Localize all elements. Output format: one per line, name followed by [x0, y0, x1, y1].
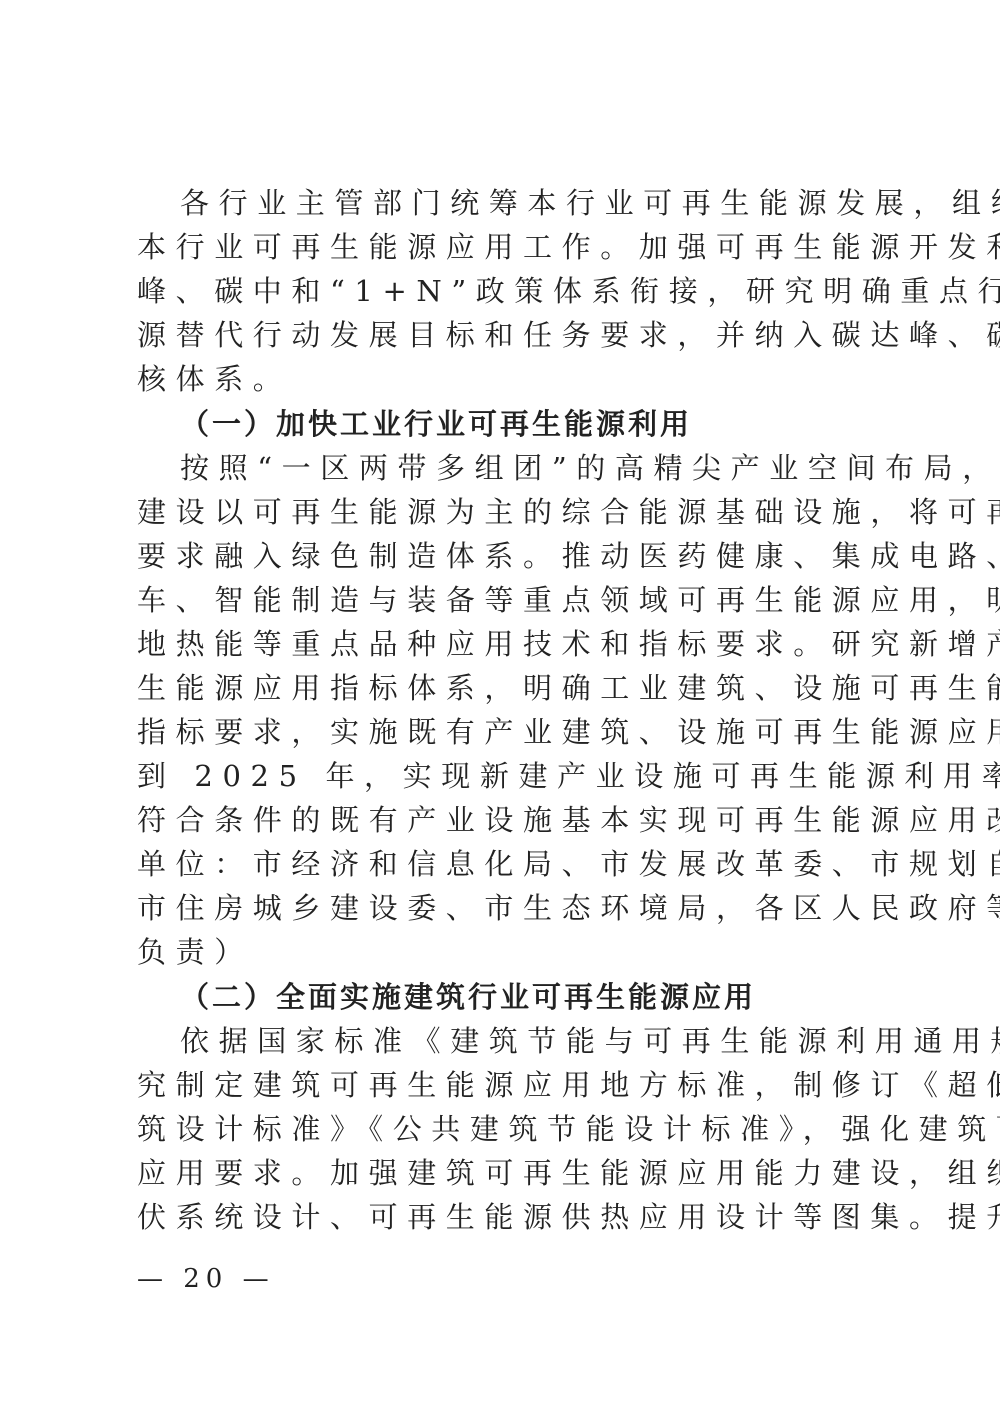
paragraph-line: 建设以可再生能源为主的综合能源基础设施，将可再生能源应用	[137, 490, 877, 534]
paragraph-line: 源替代行动发展目标和任务要求，并纳入碳达峰、碳中和督察考	[137, 313, 877, 357]
document-page: 各行业主管部门统筹本行业可再生能源发展，组织协调推动 本行业可再生能源应用工作。…	[0, 0, 1000, 1414]
section-heading: （一）加快工业行业可再生能源利用	[180, 402, 920, 446]
paragraph-line: 生能源应用指标体系，明确工业建筑、设施可再生能源耦合应用	[137, 666, 877, 710]
paragraph-line: 单位：市经济和信息化局、市发展改革委、市规划自然资源委、	[137, 842, 877, 886]
paragraph-line: 本行业可再生能源应用工作。加强可再生能源开发利用与碳达	[137, 225, 877, 269]
paragraph-line: 负责）	[137, 930, 877, 974]
paragraph-line: 市住房城乡建设委、市生态环境局，各区人民政府等按职责分工	[137, 886, 877, 930]
paragraph-line: 核体系。	[137, 357, 877, 401]
section-heading: （二）全面实施建筑行业可再生能源应用	[180, 975, 920, 1019]
paragraph-line: 要求融入绿色制造体系。推动医药健康、集成电路、智能网络汽	[137, 534, 877, 578]
paragraph-line: 按照“一区两带多组团”的高精尖产业空间布局，加快规划	[180, 446, 877, 490]
paragraph-line: 依据国家标准《建筑节能与可再生能源利用通用规范》，研	[180, 1019, 877, 1063]
paragraph-line: 各行业主管部门统筹本行业可再生能源发展，组织协调推动	[180, 181, 877, 225]
paragraph-line: 到 2025 年，实现新建产业设施可再生能源利用率不低于 20%，	[137, 754, 877, 798]
paragraph-line: 指标要求，实施既有产业建筑、设施可再生能源应用改造工程。	[137, 710, 877, 754]
paragraph-line: 伏系统设计、可再生能源供热应用设计等图集。提升工程咨询、	[137, 1195, 877, 1239]
paragraph-line: 究制定建筑可再生能源应用地方标准，制修订《超低能耗公共建	[137, 1063, 877, 1107]
paragraph-line: 筑设计标准》《公共建筑节能设计标准》，强化建筑可再生能源	[137, 1107, 877, 1151]
paragraph-line: 车、智能制造与装备等重点领域可再生能源应用，明确太阳能、	[137, 578, 877, 622]
paragraph-line: 应用要求。加强建筑可再生能源应用能力建设，组织编制建筑光	[137, 1151, 877, 1195]
paragraph-line: 峰、碳中和“1+N”政策体系衔接，研究明确重点行业可再生能	[137, 269, 877, 313]
paragraph-line: 符合条件的既有产业设施基本实现可再生能源应用改造。（责任	[137, 798, 877, 842]
page-number: — 20 —	[137, 1259, 275, 1299]
paragraph-line: 地热能等重点品种应用技术和指标要求。研究新增产业项目可再	[137, 622, 877, 666]
